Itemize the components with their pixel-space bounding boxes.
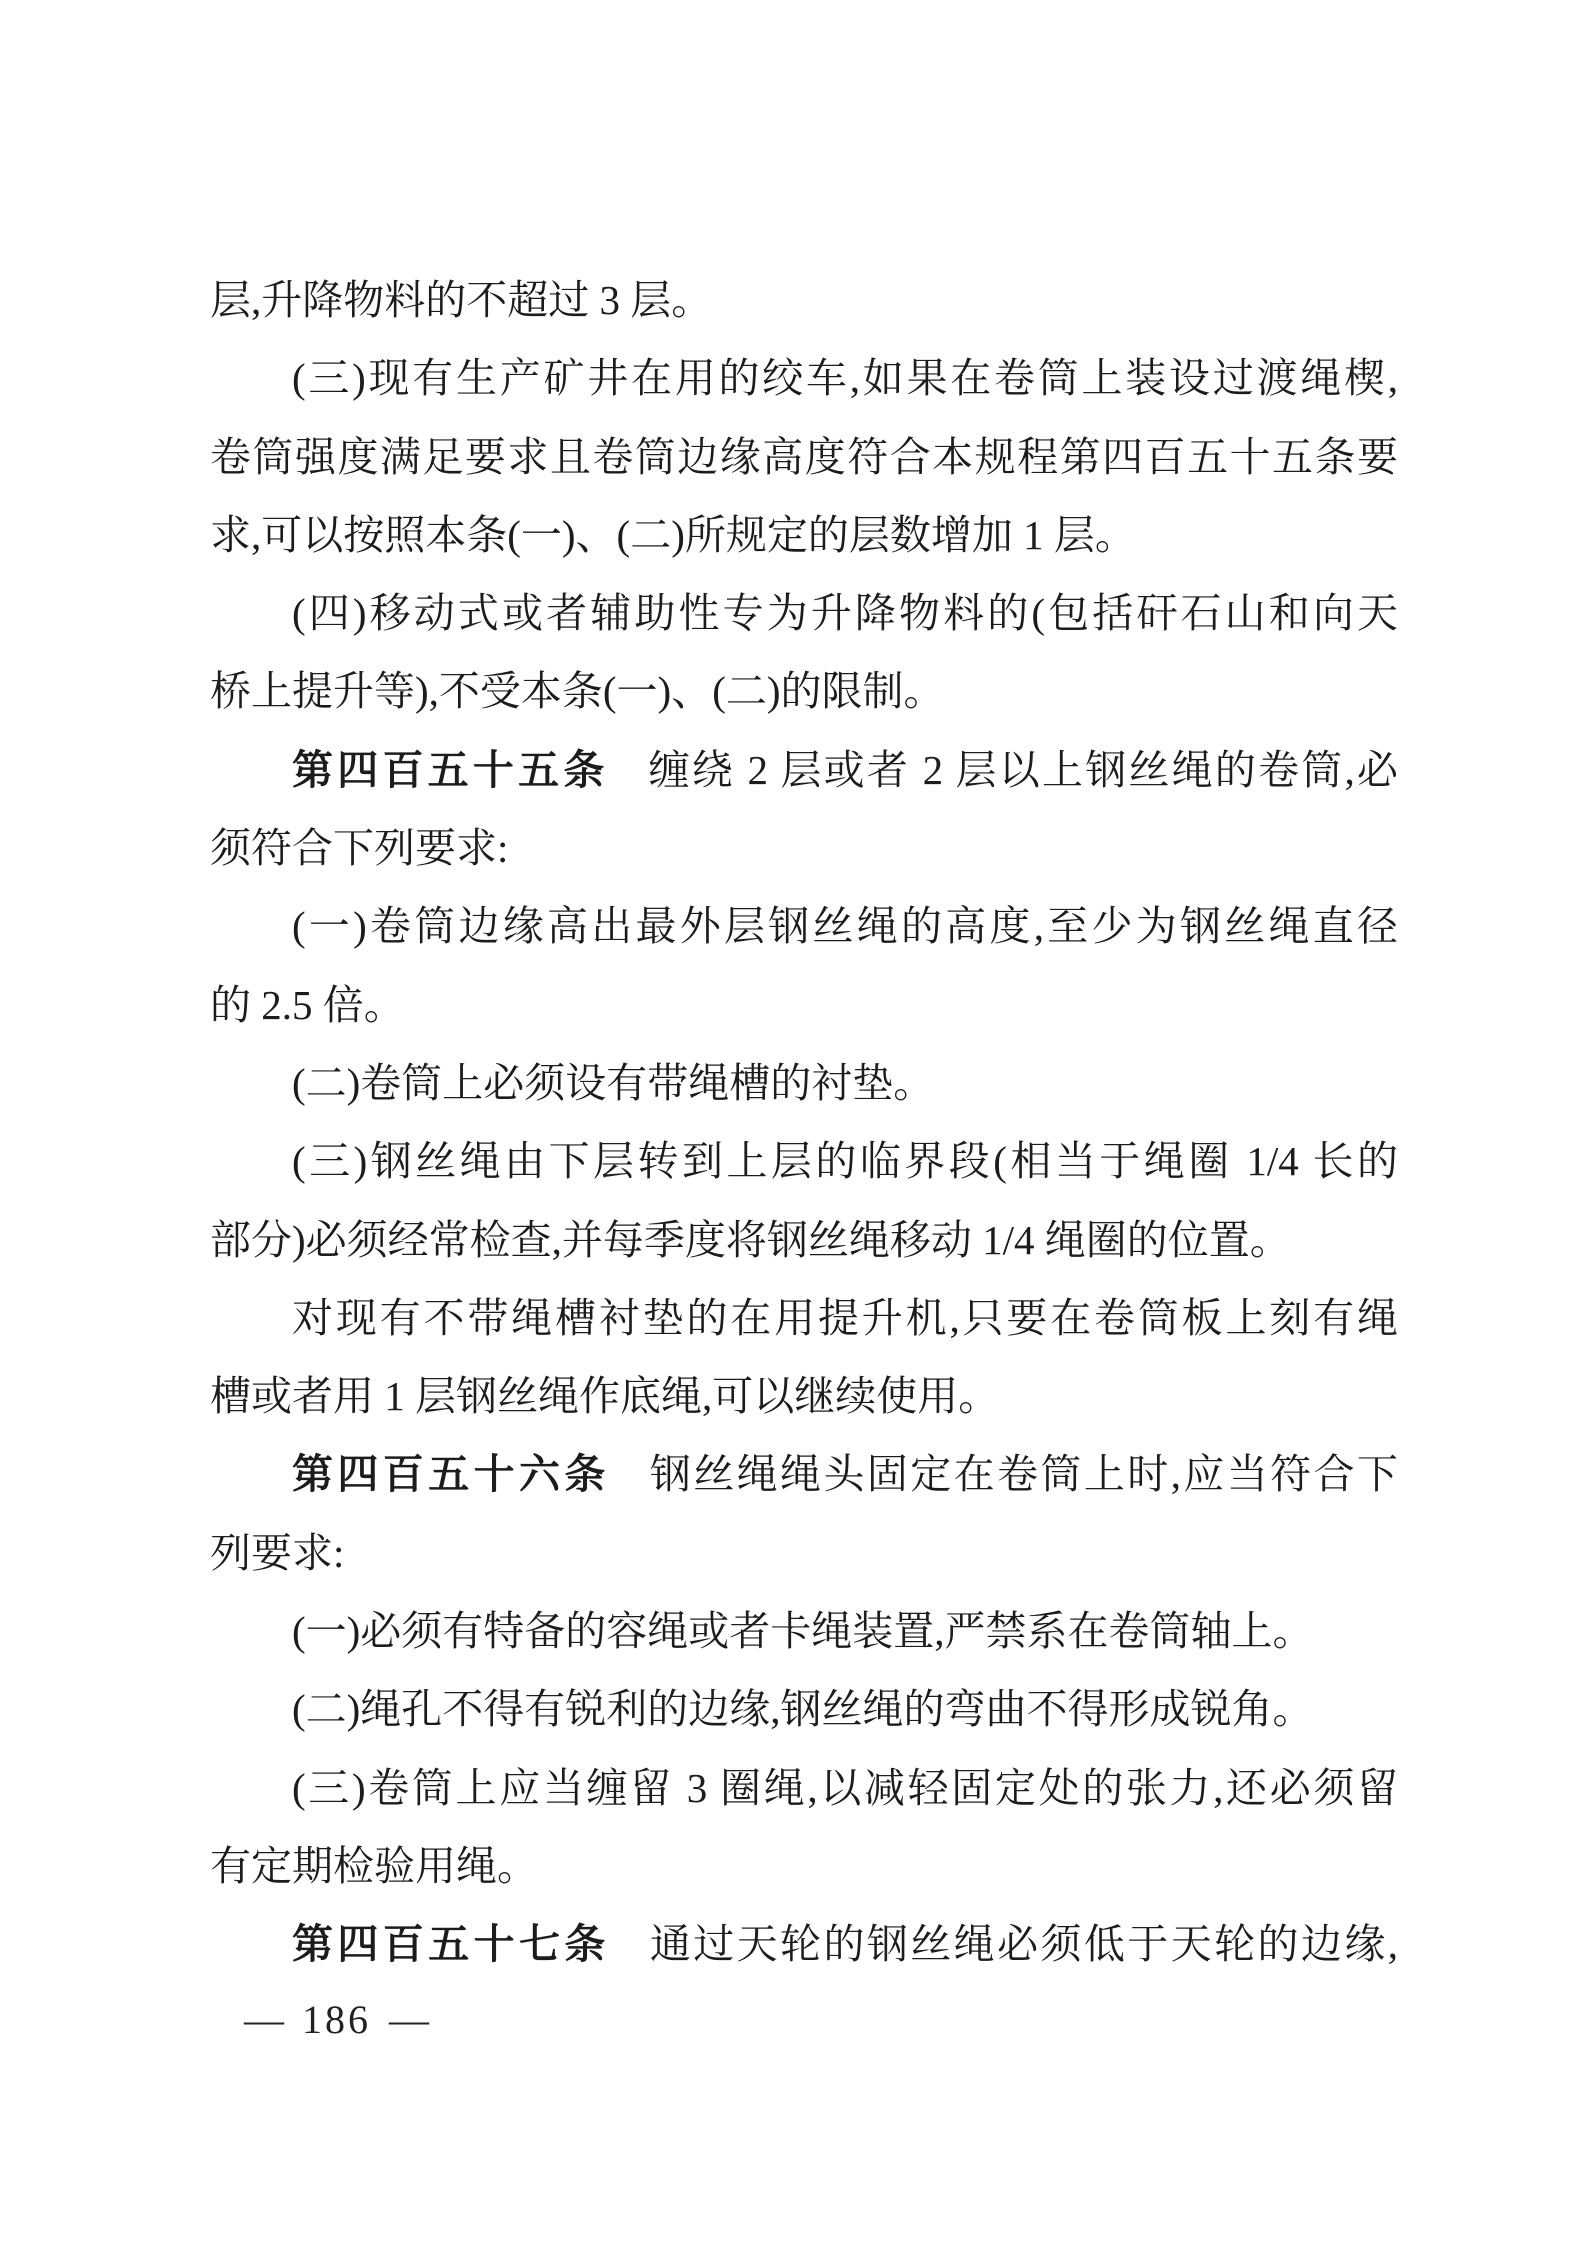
text-line: 对现有不带绳槽衬垫的在用提升机,只要在卷筒板上刻有绳 bbox=[210, 1279, 1398, 1357]
text-line: 第四百五十七条通过天轮的钢丝绳必须低于天轮的边缘, bbox=[210, 1905, 1398, 1983]
document-body: 层,升降物料的不超过 3 层。(三)现有生产矿井在用的绞车,如果在卷筒上装设过渡… bbox=[210, 261, 1398, 1984]
line-text: (三)卷筒上应当缠留 3 圈绳,以减轻固定处的张力,还必须留 bbox=[292, 1765, 1398, 1811]
text-line: (二)卷筒上必须设有带绳槽的衬垫。 bbox=[210, 1044, 1398, 1122]
line-text: 卷筒强度满足要求且卷筒边缘高度符合本规程第四百五十五条要 bbox=[210, 434, 1398, 480]
text-line: (四)移动式或者辅助性专为升降物料的(包括矸石山和向天 bbox=[210, 574, 1398, 652]
text-line: (三)卷筒上应当缠留 3 圈绳,以减轻固定处的张力,还必须留 bbox=[210, 1749, 1398, 1827]
text-line: 卷筒强度满足要求且卷筒边缘高度符合本规程第四百五十五条要 bbox=[210, 418, 1398, 496]
line-text: 槽或者用 1 层钢丝绳作底绳,可以继续使用。 bbox=[210, 1373, 999, 1419]
text-line: 须符合下列要求: bbox=[210, 809, 1398, 887]
line-text: 有定期检验用绳。 bbox=[210, 1843, 538, 1889]
line-text: 钢丝绳绳头固定在卷筒上时,应当符合下 bbox=[650, 1451, 1398, 1497]
text-line: 桥上提升等),不受本条(一)、(二)的限制。 bbox=[210, 652, 1398, 730]
article-number: 第四百五十七条 bbox=[292, 1921, 610, 1967]
footer-dash-right: — bbox=[389, 1997, 429, 2042]
line-text: 部分)必须经常检查,并每季度将钢丝绳移动 1/4 绳圈的位置。 bbox=[210, 1217, 1291, 1263]
text-line: (一)卷筒边缘高出最外层钢丝绳的高度,至少为钢丝绳直径 bbox=[210, 887, 1398, 965]
text-line: 部分)必须经常检查,并每季度将钢丝绳移动 1/4 绳圈的位置。 bbox=[210, 1201, 1398, 1279]
line-text: (四)移动式或者辅助性专为升降物料的(包括矸石山和向天 bbox=[292, 590, 1398, 636]
line-text: 须符合下列要求: bbox=[210, 825, 508, 871]
page-number: 186 bbox=[302, 1997, 371, 2042]
text-line: 层,升降物料的不超过 3 层。 bbox=[210, 261, 1398, 339]
line-text: (一)必须有特备的容绳或者卡绳装置,严禁系在卷筒轴上。 bbox=[292, 1608, 1314, 1654]
text-line: (一)必须有特备的容绳或者卡绳装置,严禁系在卷筒轴上。 bbox=[210, 1592, 1398, 1670]
line-text: (三)现有生产矿井在用的绞车,如果在卷筒上装设过渡绳楔, bbox=[292, 355, 1398, 401]
page-footer: —186— bbox=[244, 1996, 429, 2044]
line-text: 缠绕 2 层或者 2 层以上钢丝绳的卷筒,必 bbox=[649, 747, 1398, 793]
footer-dash-left: — bbox=[244, 1997, 284, 2042]
text-line: 槽或者用 1 层钢丝绳作底绳,可以继续使用。 bbox=[210, 1357, 1398, 1435]
line-text: 层,升降物料的不超过 3 层。 bbox=[210, 277, 712, 323]
line-text: 的 2.5 倍。 bbox=[210, 982, 405, 1028]
article-number: 第四百五十六条 bbox=[292, 1451, 610, 1497]
text-line: (二)绳孔不得有锐利的边缘,钢丝绳的弯曲不得形成锐角。 bbox=[210, 1670, 1398, 1748]
line-text: 通过天轮的钢丝绳必须低于天轮的边缘, bbox=[650, 1921, 1398, 1967]
text-line: 有定期检验用绳。 bbox=[210, 1827, 1398, 1905]
text-line: 列要求: bbox=[210, 1514, 1398, 1592]
text-line: 第四百五十六条钢丝绳绳头固定在卷筒上时,应当符合下 bbox=[210, 1435, 1398, 1513]
line-text: 求,可以按照本条(一)、(二)所规定的层数增加 1 层。 bbox=[210, 512, 1136, 558]
line-text: (三)钢丝绳由下层转到上层的临界段(相当于绳圈 1/4 长的 bbox=[292, 1138, 1398, 1184]
text-line: (三)钢丝绳由下层转到上层的临界段(相当于绳圈 1/4 长的 bbox=[210, 1122, 1398, 1200]
document-page: 层,升降物料的不超过 3 层。(三)现有生产矿井在用的绞车,如果在卷筒上装设过渡… bbox=[0, 0, 1587, 2245]
article-number: 第四百五十五条 bbox=[292, 747, 609, 793]
line-text: (二)绳孔不得有锐利的边缘,钢丝绳的弯曲不得形成锐角。 bbox=[292, 1686, 1314, 1732]
text-line: (三)现有生产矿井在用的绞车,如果在卷筒上装设过渡绳楔, bbox=[210, 339, 1398, 417]
text-line: 的 2.5 倍。 bbox=[210, 966, 1398, 1044]
line-text: 对现有不带绳槽衬垫的在用提升机,只要在卷筒板上刻有绳 bbox=[292, 1295, 1398, 1341]
line-text: 桥上提升等),不受本条(一)、(二)的限制。 bbox=[210, 668, 945, 714]
line-text: (一)卷筒边缘高出最外层钢丝绳的高度,至少为钢丝绳直径 bbox=[292, 903, 1398, 949]
line-text: 列要求: bbox=[210, 1530, 344, 1576]
text-line: 第四百五十五条缠绕 2 层或者 2 层以上钢丝绳的卷筒,必 bbox=[210, 731, 1398, 809]
text-line: 求,可以按照本条(一)、(二)所规定的层数增加 1 层。 bbox=[210, 496, 1398, 574]
line-text: (二)卷筒上必须设有带绳槽的衬垫。 bbox=[292, 1060, 934, 1106]
